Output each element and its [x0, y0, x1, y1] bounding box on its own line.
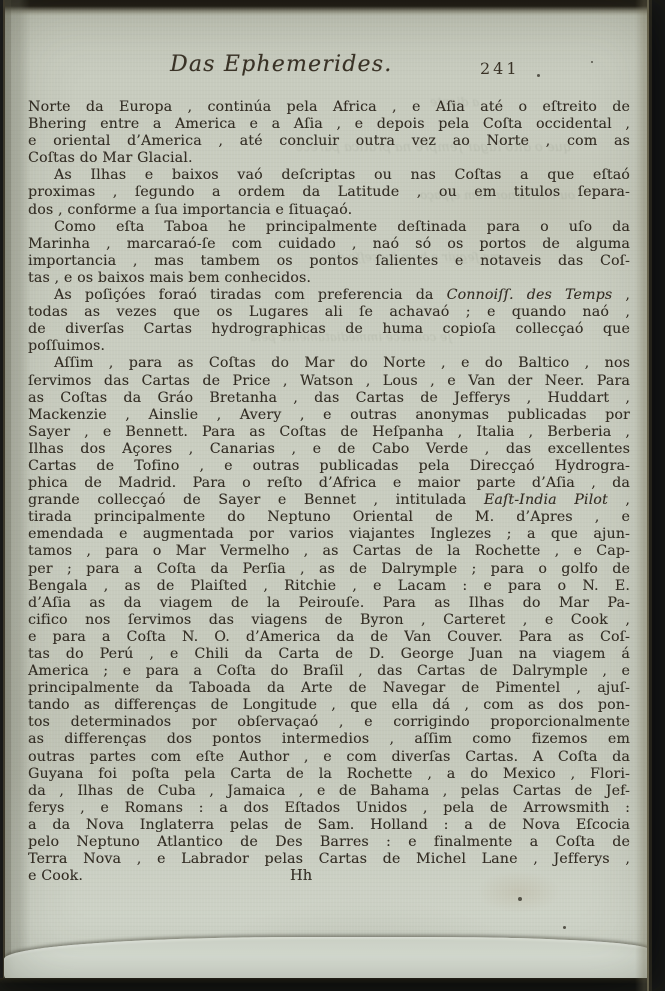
- text-line: Bhering entre a America e a Aſia , e dep…: [28, 116, 630, 133]
- text-line: phica de Madrid. Para o reſto d’Africa e…: [28, 475, 630, 492]
- running-head: Das Ephemerides.: [170, 52, 392, 77]
- text-line: Como eſta Taboa he principalmente deſtin…: [28, 219, 630, 236]
- text-line: Cartas de Tofino , e outras publicadas p…: [28, 458, 630, 475]
- text-line: dos , conforme a ſua importancia e ſitua…: [28, 202, 630, 219]
- book-page-scan: que o dito lugar ſempre na pratica parec…: [0, 0, 665, 991]
- text-line: e Cook.: [28, 868, 630, 885]
- text-line: Sayer , e Bennett. Para as Coſtas de Heſ…: [28, 424, 630, 441]
- page-edge-top: [0, 0, 657, 16]
- text-line: proximas , ſegundo a ordem da Latitude ,…: [28, 184, 630, 201]
- scan-background-bottom: [0, 978, 665, 991]
- text-line: e oriental d’America , até concluir outr…: [28, 133, 630, 150]
- text-line: Norte da Europa , continúa pela Africa ,…: [28, 99, 630, 116]
- text-line: tos determinados por obſervaçaó , e corr…: [28, 714, 630, 731]
- text-line: tas do Perú , e Chili da Carta de D. Geo…: [28, 646, 630, 663]
- text-line: Bengala , as de Plaiſted , Ritchie , e L…: [28, 578, 630, 595]
- text-line: tirada principalmente do Neptuno Orienta…: [28, 509, 630, 526]
- page-edge-right: [635, 0, 665, 991]
- text-line: cifico nos ſervimos das viagens de Byron…: [28, 612, 630, 629]
- page-bottom-fore-edge: [4, 937, 650, 979]
- page-gutter-shadow: [0, 0, 30, 991]
- text-line: ferys , e Romans : a dos Eſtados Unidos …: [28, 800, 630, 817]
- text-line: tando as differenças de Longitude , que …: [28, 697, 630, 714]
- text-line: ſervimos das Cartas de Price , Watson , …: [28, 373, 630, 390]
- text-line: pelo Neptuno Atlantico de Des Barres : e…: [28, 834, 630, 851]
- text-line: as differenças dos pontos intermedios , …: [28, 731, 630, 748]
- page-header: Das Ephemerides. 241: [28, 52, 632, 90]
- text-line: poſſuimos.: [28, 338, 630, 355]
- text-line: Marinha , marcaraó-ſe com cuidado , naó …: [28, 236, 630, 253]
- text-line: Coſtas do Mar Glacial.: [28, 150, 630, 167]
- text-line: grande collecçaó de Sayer e Bennet , int…: [28, 492, 630, 509]
- text-line: da , Ilhas de Cuba , Jamaica , e de Baha…: [28, 783, 630, 800]
- text-line: emendada e augmentada por varios viajant…: [28, 526, 630, 543]
- text-block: Hh Norte da Europa , continúa pela Afric…: [28, 99, 630, 885]
- text-line: Mackenzie , Ainslie , Avery , e outras a…: [28, 407, 630, 424]
- text-line: Ilhas dos Açores , Canarias , e de Cabo …: [28, 441, 630, 458]
- text-line: Terra Nova , e Labrador pelas Cartas de …: [28, 851, 630, 868]
- text-line: tamos , para o Mar Vermelho , as Cartas …: [28, 543, 630, 560]
- text-line: a da Nova Inglaterra pelas de Sam. Holla…: [28, 817, 630, 834]
- text-line: principalmente da Taboada da Arte de Nav…: [28, 680, 630, 697]
- text-line: per ; para a Coſta da Perſia , as de Dal…: [28, 561, 630, 578]
- ink-speck: [563, 926, 566, 929]
- text-line: Guyana foi poſta pela Carta de la Rochet…: [28, 766, 630, 783]
- text-line: d’Aſia as da viagem de la Peirouſe. Para…: [28, 595, 630, 612]
- text-line: as Coſtas da Gráo Bretanha , das Cartas …: [28, 390, 630, 407]
- text-line: Aſſim , para as Coſtas do Mar do Norte ,…: [28, 355, 630, 372]
- signature-mark: Hh: [290, 868, 312, 885]
- text-line: importancia , mas tambem os pontos ſalie…: [28, 253, 630, 270]
- text-line: tas , e os baixos mais bem conhecidos.: [28, 270, 630, 287]
- text-line: As Ilhas e baixos vaó deſcriptas ou nas …: [28, 167, 630, 184]
- text-line: As poſiçóes foraó tiradas com preferenci…: [28, 287, 630, 304]
- ink-speck: [518, 897, 522, 901]
- text-line: America ; e para a Coſta do Braſil , das…: [28, 663, 630, 680]
- text-line: todas as vezes que os Lugares ali ſe ach…: [28, 304, 630, 321]
- text-line: outras partes com eſte Author , e com di…: [28, 749, 630, 766]
- text-line: de diverſas Cartas hydrographicas de hum…: [28, 321, 630, 338]
- text-line: e para a Coſta N. O. d’America da de Van…: [28, 629, 630, 646]
- page-number: 241: [480, 59, 520, 78]
